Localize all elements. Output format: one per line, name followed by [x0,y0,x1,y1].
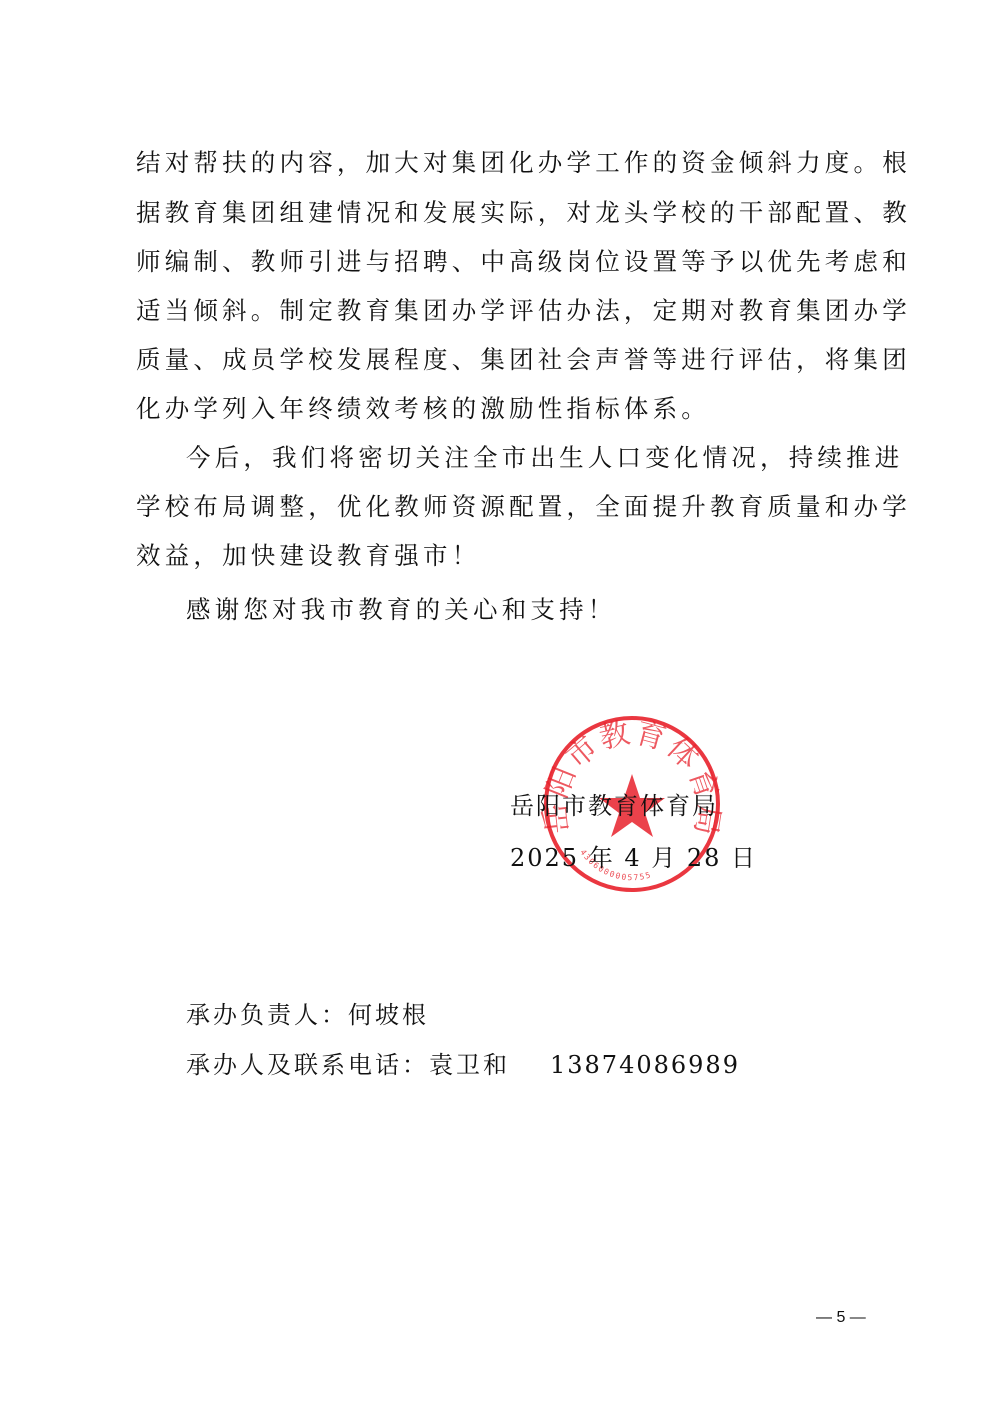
page-number: — 5 — [816,1309,866,1327]
responsible-person: 承办负责人：何坡根 [186,995,429,1030]
paragraph-line: 效益，加快建设教育强市！ [136,541,866,571]
handler-contact: 承办人及联系电话：袁卫和13874086989 [186,1045,740,1080]
paragraph-line: 今后，我们将密切关注全市出生人口变化情况，持续推进 [186,443,866,473]
paragraph-line: 学校布局调整，优化教师资源配置，全面提升教育质量和办学 [136,492,866,522]
paragraph-line: 据教育集团组建情况和发展实际，对龙头学校的干部配置、教 [136,198,866,228]
handler-phone: 13874086989 [550,1051,740,1079]
handler-label: 承办人及联系电话： [186,1051,429,1079]
paragraph-line: 化办学列入年终绩效考核的激励性指标体系。 [136,394,866,424]
responsible-name: 何坡根 [348,1001,429,1029]
document-page: 结对帮扶的内容，加大对集团化办学工作的资金倾斜力度。根 据教育集团组建情况和发展… [0,0,1000,1414]
signing-organization: 岳阳市教育体育局 [510,786,718,821]
paragraph-line: 结对帮扶的内容，加大对集团化办学工作的资金倾斜力度。根 [136,148,866,178]
signing-date: 2025 年 4 月 28 日 [510,838,757,873]
handler-name: 袁卫和 [429,1051,510,1079]
paragraph-line: 质量、成员学校发展程度、集团社会声誉等进行评估，将集团 [136,345,866,375]
paragraph-line: 师编制、教师引进与招聘、中高级岗位设置等予以优先考虑和 [136,247,866,277]
responsible-label: 承办负责人： [186,1001,348,1029]
paragraph-line: 适当倾斜。制定教育集团办学评估办法，定期对教育集团办学 [136,296,866,326]
closing-line: 感谢您对我市教育的关心和支持！ [186,595,916,625]
